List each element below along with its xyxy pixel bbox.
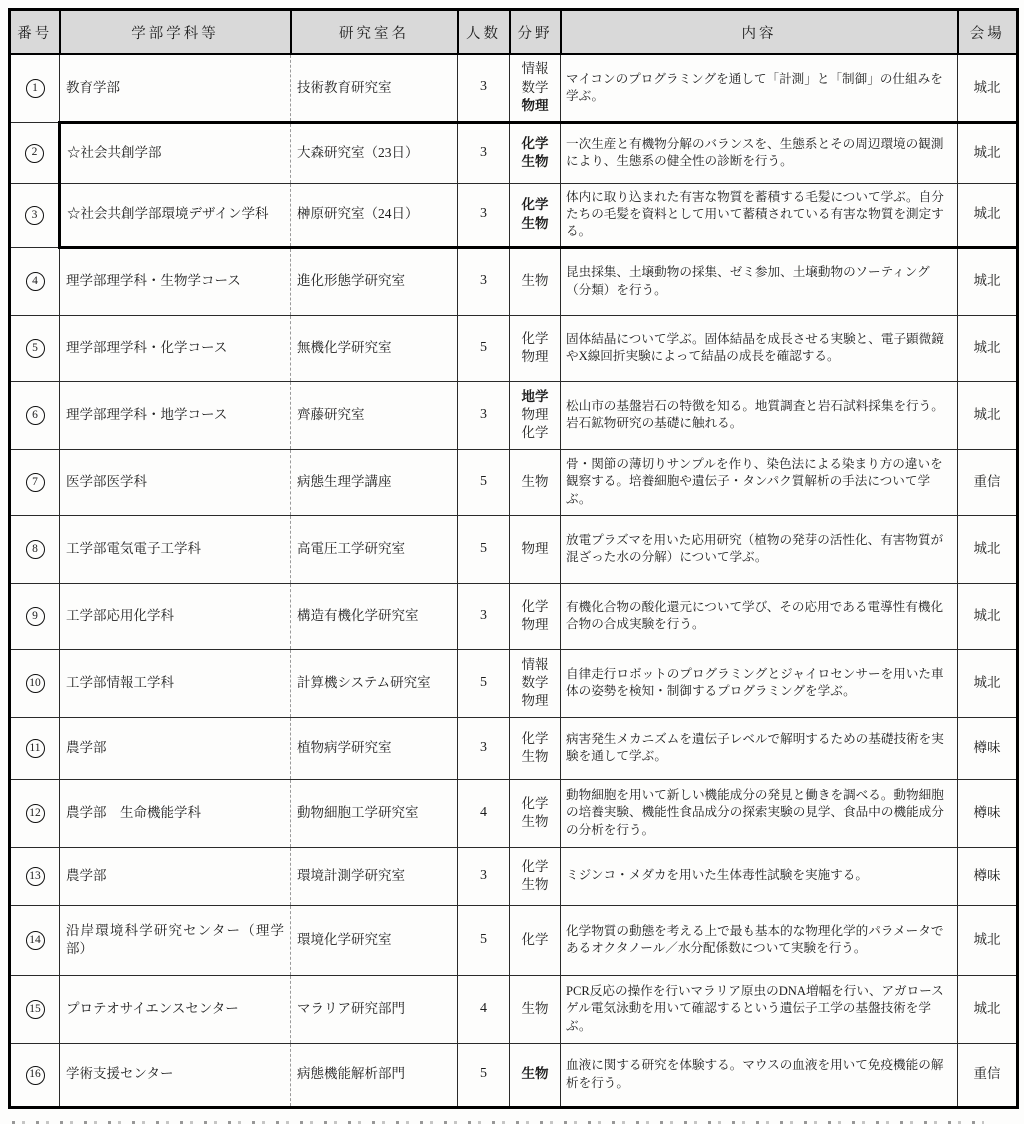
field-tag: 生物	[512, 748, 558, 766]
participant-count-cell: 5	[458, 905, 510, 975]
row-number-cell: 9	[10, 583, 60, 649]
circled-number: 7	[26, 473, 45, 492]
lab-name-cell: マラリア研究部門	[291, 975, 458, 1043]
field-tag: 物理	[512, 348, 558, 366]
row-number-cell: 5	[10, 315, 60, 381]
description-cell: PCR反応の操作を行いマラリア原虫のDNA増幅を行い、アガロースゲル電気泳動を用…	[561, 975, 958, 1043]
table-row: 3☆社会共創学部環境デザイン学科榊原研究室（24日）3化学生物体内に取り込まれた…	[10, 183, 1018, 247]
lab-name-cell: 病態機能解析部門	[291, 1043, 458, 1107]
venue-cell: 城北	[958, 315, 1018, 381]
description-cell: 一次生産と有機物分解のバランスを、生態系とその周辺環境の観測により、生態系の健全…	[561, 122, 958, 183]
description-cell: 松山市の基盤岩石の特徴を知る。地質調査と岩石試料採集を行う。岩石鉱物研究の基礎に…	[561, 381, 958, 449]
lab-name-cell: 高電圧工学研究室	[291, 515, 458, 583]
field-tag: 生物	[512, 153, 558, 171]
header-number: 番号	[10, 10, 60, 55]
field-tag: 物理	[512, 616, 558, 634]
field-tag: 数学	[512, 79, 558, 97]
row-number-cell: 8	[10, 515, 60, 583]
row-number-cell: 16	[10, 1043, 60, 1107]
lab-name-cell: 技術教育研究室	[291, 54, 458, 122]
field-tag: 情報	[512, 60, 558, 78]
table-row: 5理学部理学科・化学コース無機化学研究室5化学物理固体結晶について学ぶ。固体結晶…	[10, 315, 1018, 381]
circled-number: 8	[26, 540, 45, 559]
description-cell: 放電プラズマを用いた応用研究（植物の発芽の活性化、有害物質が混ざった水の分解）に…	[561, 515, 958, 583]
department-cell: ☆社会共創学部環境デザイン学科	[60, 183, 291, 247]
participant-count-cell: 5	[458, 449, 510, 515]
field-tag: 化学	[512, 135, 558, 153]
header-lab: 研究室名	[291, 10, 458, 55]
field-cell: 生物	[510, 247, 561, 315]
circled-number: 13	[26, 867, 45, 886]
description-cell: 自律走行ロボットのプログラミングとジャイロセンサーを用いた車体の姿勢を検知・制御…	[561, 649, 958, 717]
description-cell: 病害発生メカニズムを遺伝子レベルで解明するための基礎技術を実験を通して学ぶ。	[561, 717, 958, 779]
lab-name-cell: 病態生理学講座	[291, 449, 458, 515]
department-cell: プロテオサイエンスセンター	[60, 975, 291, 1043]
description-cell: 体内に取り込まれた有害な物質を蓄積する毛髪について学ぶ。自分たちの毛髪を資料とし…	[561, 183, 958, 247]
participant-count-cell: 4	[458, 975, 510, 1043]
header-count: 人数	[458, 10, 510, 55]
department-cell: 理学部理学科・地学コース	[60, 381, 291, 449]
field-tag: 物理	[512, 406, 558, 424]
venue-cell: 樽味	[958, 779, 1018, 847]
field-tag: 生物	[512, 272, 558, 290]
field-tag: 生物	[512, 1065, 558, 1083]
lab-name-cell: 進化形態学研究室	[291, 247, 458, 315]
circled-number: 3	[25, 206, 44, 225]
row-number-cell: 12	[10, 779, 60, 847]
participant-count-cell: 5	[458, 649, 510, 717]
department-cell: 工学部電気電子工学科	[60, 515, 291, 583]
participant-count-cell: 3	[458, 381, 510, 449]
table-row: 4理学部理学科・生物学コース進化形態学研究室3生物昆虫採集、土壌動物の採集、ゼミ…	[10, 247, 1018, 315]
field-cell: 情報数学物理	[510, 54, 561, 122]
venue-cell: 城北	[958, 583, 1018, 649]
circled-number: 2	[25, 144, 44, 163]
table-row: 9工学部応用化学科構造有機化学研究室3化学物理有機化合物の酸化還元について学び、…	[10, 583, 1018, 649]
department-cell: 農学部	[60, 717, 291, 779]
table-header: 番号 学部学科等 研究室名 人数 分野 内容 会場	[10, 10, 1018, 55]
circled-number: 16	[26, 1066, 45, 1085]
department-cell: 農学部	[60, 847, 291, 905]
field-cell: 化学生物	[510, 847, 561, 905]
lab-name-cell: 計算機システム研究室	[291, 649, 458, 717]
circled-number: 1	[26, 79, 45, 98]
table-row: 1教育学部技術教育研究室3情報数学物理マイコンのプログラミングを通して「計測」と…	[10, 54, 1018, 122]
venue-cell: 重信	[958, 449, 1018, 515]
venue-cell: 城北	[958, 54, 1018, 122]
row-number-cell: 13	[10, 847, 60, 905]
participant-count-cell: 3	[458, 122, 510, 183]
row-number-cell: 1	[10, 54, 60, 122]
venue-cell: 城北	[958, 975, 1018, 1043]
field-tag: 情報	[512, 656, 558, 674]
table-row: 2☆社会共創学部大森研究室（23日）3化学生物一次生産と有機物分解のバランスを、…	[10, 122, 1018, 183]
description-cell: ミジンコ・メダカを用いた生体毒性試験を実施する。	[561, 847, 958, 905]
header-description: 内容	[561, 10, 958, 55]
field-tag: 数学	[512, 674, 558, 692]
lab-name-cell: 環境化学研究室	[291, 905, 458, 975]
lab-name-cell: 大森研究室（23日）	[291, 122, 458, 183]
venue-cell: 重信	[958, 1043, 1018, 1107]
department-cell: ☆社会共創学部	[60, 122, 291, 183]
participant-count-cell: 5	[458, 515, 510, 583]
row-number-cell: 14	[10, 905, 60, 975]
description-cell: 骨・関節の薄切りサンプルを作り、染色法による染まり方の違いを観察する。培養細胞や…	[561, 449, 958, 515]
table-row: 12農学部 生命機能学科動物細胞工学研究室4化学生物動物細胞を用いて新しい機能成…	[10, 779, 1018, 847]
table-row: 16学術支援センター病態機能解析部門5生物血液に関する研究を体験する。マウスの血…	[10, 1043, 1018, 1107]
field-cell: 物理	[510, 515, 561, 583]
lab-name-cell: 無機化学研究室	[291, 315, 458, 381]
department-cell: 学術支援センター	[60, 1043, 291, 1107]
participant-count-cell: 3	[458, 583, 510, 649]
field-tag: 生物	[512, 876, 558, 894]
field-cell: 生物	[510, 1043, 561, 1107]
circled-number: 12	[26, 804, 45, 823]
venue-cell: 城北	[958, 515, 1018, 583]
description-cell: 固体結晶について学ぶ。固体結晶を成長させる実験と、電子顕微鏡やX線回折実験によっ…	[561, 315, 958, 381]
field-tag: 化学	[512, 730, 558, 748]
field-tag: 化学	[512, 196, 558, 214]
department-cell: 教育学部	[60, 54, 291, 122]
department-cell: 理学部理学科・生物学コース	[60, 247, 291, 315]
circled-number: 4	[26, 272, 45, 291]
field-cell: 生物	[510, 449, 561, 515]
table-row: 7医学部医学科病態生理学講座5生物骨・関節の薄切りサンプルを作り、染色法による染…	[10, 449, 1018, 515]
participant-count-cell: 3	[458, 847, 510, 905]
header-row: 番号 学部学科等 研究室名 人数 分野 内容 会場	[10, 10, 1018, 55]
lab-name-cell: 動物細胞工学研究室	[291, 779, 458, 847]
field-cell: 化学生物	[510, 183, 561, 247]
lab-open-campus-table: 番号 学部学科等 研究室名 人数 分野 内容 会場 1教育学部技術教育研究室3情…	[8, 8, 1019, 1109]
field-cell: 化学生物	[510, 717, 561, 779]
header-field: 分野	[510, 10, 561, 55]
department-cell: 理学部理学科・化学コース	[60, 315, 291, 381]
lab-name-cell: 植物病学研究室	[291, 717, 458, 779]
field-tag: 生物	[512, 813, 558, 831]
table-row: 11農学部植物病学研究室3化学生物病害発生メカニズムを遺伝子レベルで解明するため…	[10, 717, 1018, 779]
row-number-cell: 15	[10, 975, 60, 1043]
lab-name-cell: 榊原研究室（24日）	[291, 183, 458, 247]
circled-number: 11	[26, 739, 45, 758]
field-tag: 地学	[512, 388, 558, 406]
participant-count-cell: 5	[458, 315, 510, 381]
venue-cell: 城北	[958, 122, 1018, 183]
lab-name-cell: 齊藤研究室	[291, 381, 458, 449]
field-cell: 情報数学物理	[510, 649, 561, 717]
lab-name-cell: 構造有機化学研究室	[291, 583, 458, 649]
field-cell: 化学物理	[510, 315, 561, 381]
field-tag: 物理	[512, 97, 558, 115]
venue-cell: 城北	[958, 649, 1018, 717]
header-department: 学部学科等	[60, 10, 291, 55]
description-cell: 血液に関する研究を体験する。マウスの血液を用いて免疫機能の解析を行う。	[561, 1043, 958, 1107]
table-row: 13農学部環境計測学研究室3化学生物ミジンコ・メダカを用いた生体毒性試験を実施す…	[10, 847, 1018, 905]
description-cell: マイコンのプログラミングを通して「計測」と「制御」の仕組みを学ぶ。	[561, 54, 958, 122]
description-cell: 有機化合物の酸化還元について学び、その応用である電導性有機化合物の合成実験を行う…	[561, 583, 958, 649]
field-tag: 生物	[512, 473, 558, 491]
table-row: 8工学部電気電子工学科高電圧工学研究室5物理放電プラズマを用いた応用研究（植物の…	[10, 515, 1018, 583]
field-tag: 物理	[512, 540, 558, 558]
field-cell: 化学生物	[510, 779, 561, 847]
field-tag: 生物	[512, 215, 558, 233]
table-row: 6理学部理学科・地学コース齊藤研究室3地学物理化学松山市の基盤岩石の特徴を知る。…	[10, 381, 1018, 449]
circled-number: 5	[26, 339, 45, 358]
field-cell: 化学	[510, 905, 561, 975]
field-cell: 生物	[510, 975, 561, 1043]
circled-number: 6	[26, 406, 45, 425]
participant-count-cell: 3	[458, 247, 510, 315]
department-cell: 農学部 生命機能学科	[60, 779, 291, 847]
lab-name-cell: 環境計測学研究室	[291, 847, 458, 905]
field-tag: 化学	[512, 858, 558, 876]
participant-count-cell: 3	[458, 54, 510, 122]
field-cell: 化学生物	[510, 122, 561, 183]
circled-number: 9	[26, 607, 45, 626]
venue-cell: 城北	[958, 381, 1018, 449]
department-cell: 医学部医学科	[60, 449, 291, 515]
description-cell: 化学物質の動態を考える上で最も基本的な物理化学的パラメータであるオクタノール／水…	[561, 905, 958, 975]
field-tag: 化学	[512, 795, 558, 813]
field-cell: 化学物理	[510, 583, 561, 649]
circled-number: 10	[26, 674, 45, 693]
row-number-cell: 6	[10, 381, 60, 449]
table-row: 14沿岸環境科学研究センター（理学部）環境化学研究室5化学化学物質の動態を考える…	[10, 905, 1018, 975]
field-tag: 物理	[512, 692, 558, 710]
field-tag: 生物	[512, 1000, 558, 1018]
participant-count-cell: 4	[458, 779, 510, 847]
participant-count-cell: 3	[458, 183, 510, 247]
row-number-cell: 7	[10, 449, 60, 515]
field-tag: 化学	[512, 330, 558, 348]
participant-count-cell: 3	[458, 717, 510, 779]
row-number-cell: 2	[10, 122, 60, 183]
row-number-cell: 4	[10, 247, 60, 315]
circled-number: 15	[26, 1000, 45, 1019]
venue-cell: 城北	[958, 247, 1018, 315]
field-tag: 化学	[512, 598, 558, 616]
table-row: 15プロテオサイエンスセンターマラリア研究部門4生物PCR反応の操作を行いマラリ…	[10, 975, 1018, 1043]
venue-cell: 樽味	[958, 847, 1018, 905]
department-cell: 沿岸環境科学研究センター（理学部）	[60, 905, 291, 975]
row-number-cell: 10	[10, 649, 60, 717]
venue-cell: 城北	[958, 905, 1018, 975]
description-cell: 動物細胞を用いて新しい機能成分の発見と働きを調べる。動物細胞の培養実験、機能性食…	[561, 779, 958, 847]
row-number-cell: 11	[10, 717, 60, 779]
field-cell: 地学物理化学	[510, 381, 561, 449]
venue-cell: 城北	[958, 183, 1018, 247]
department-cell: 工学部応用化学科	[60, 583, 291, 649]
field-tag: 化学	[512, 931, 558, 949]
description-cell: 昆虫採集、土壌動物の採集、ゼミ参加、土壌動物のソーティング（分類）を行う。	[561, 247, 958, 315]
participant-count-cell: 5	[458, 1043, 510, 1107]
table-body: 1教育学部技術教育研究室3情報数学物理マイコンのプログラミングを通して「計測」と…	[10, 54, 1018, 1107]
department-cell: 工学部情報工学科	[60, 649, 291, 717]
field-tag: 化学	[512, 424, 558, 442]
table-row: 10工学部情報工学科計算機システム研究室5情報数学物理自律走行ロボットのプログラ…	[10, 649, 1018, 717]
header-venue: 会場	[958, 10, 1018, 55]
row-number-cell: 3	[10, 183, 60, 247]
circled-number: 14	[26, 931, 45, 950]
venue-cell: 樽味	[958, 717, 1018, 779]
